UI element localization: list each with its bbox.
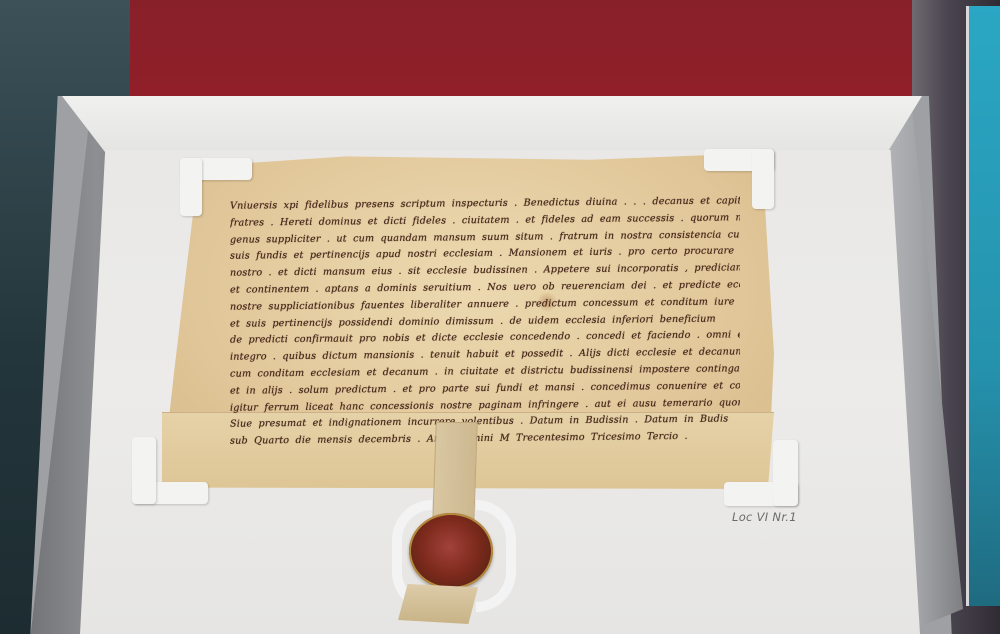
photo-corner-bottom-left-leg: [132, 437, 156, 504]
archive-shelfmark-label: Loc VI Nr.1: [732, 510, 797, 524]
photo-scene: Vniuersis xpi fidelibus presens scriptum…: [0, 0, 1000, 634]
seal-parchment-tag: [432, 422, 478, 524]
wax-seal: [409, 513, 493, 589]
charter-handwritten-text: Vniuersis xpi fidelibus presens scriptum…: [230, 193, 740, 408]
seal-tag-end: [398, 584, 478, 624]
teal-folder-edge: [966, 6, 1000, 606]
archival-box-top-wall: [62, 96, 922, 152]
photo-corner-top-left-leg: [180, 158, 202, 216]
photo-corner-top-right-leg: [752, 149, 774, 209]
photo-corner-bottom-right-leg: [773, 440, 798, 506]
